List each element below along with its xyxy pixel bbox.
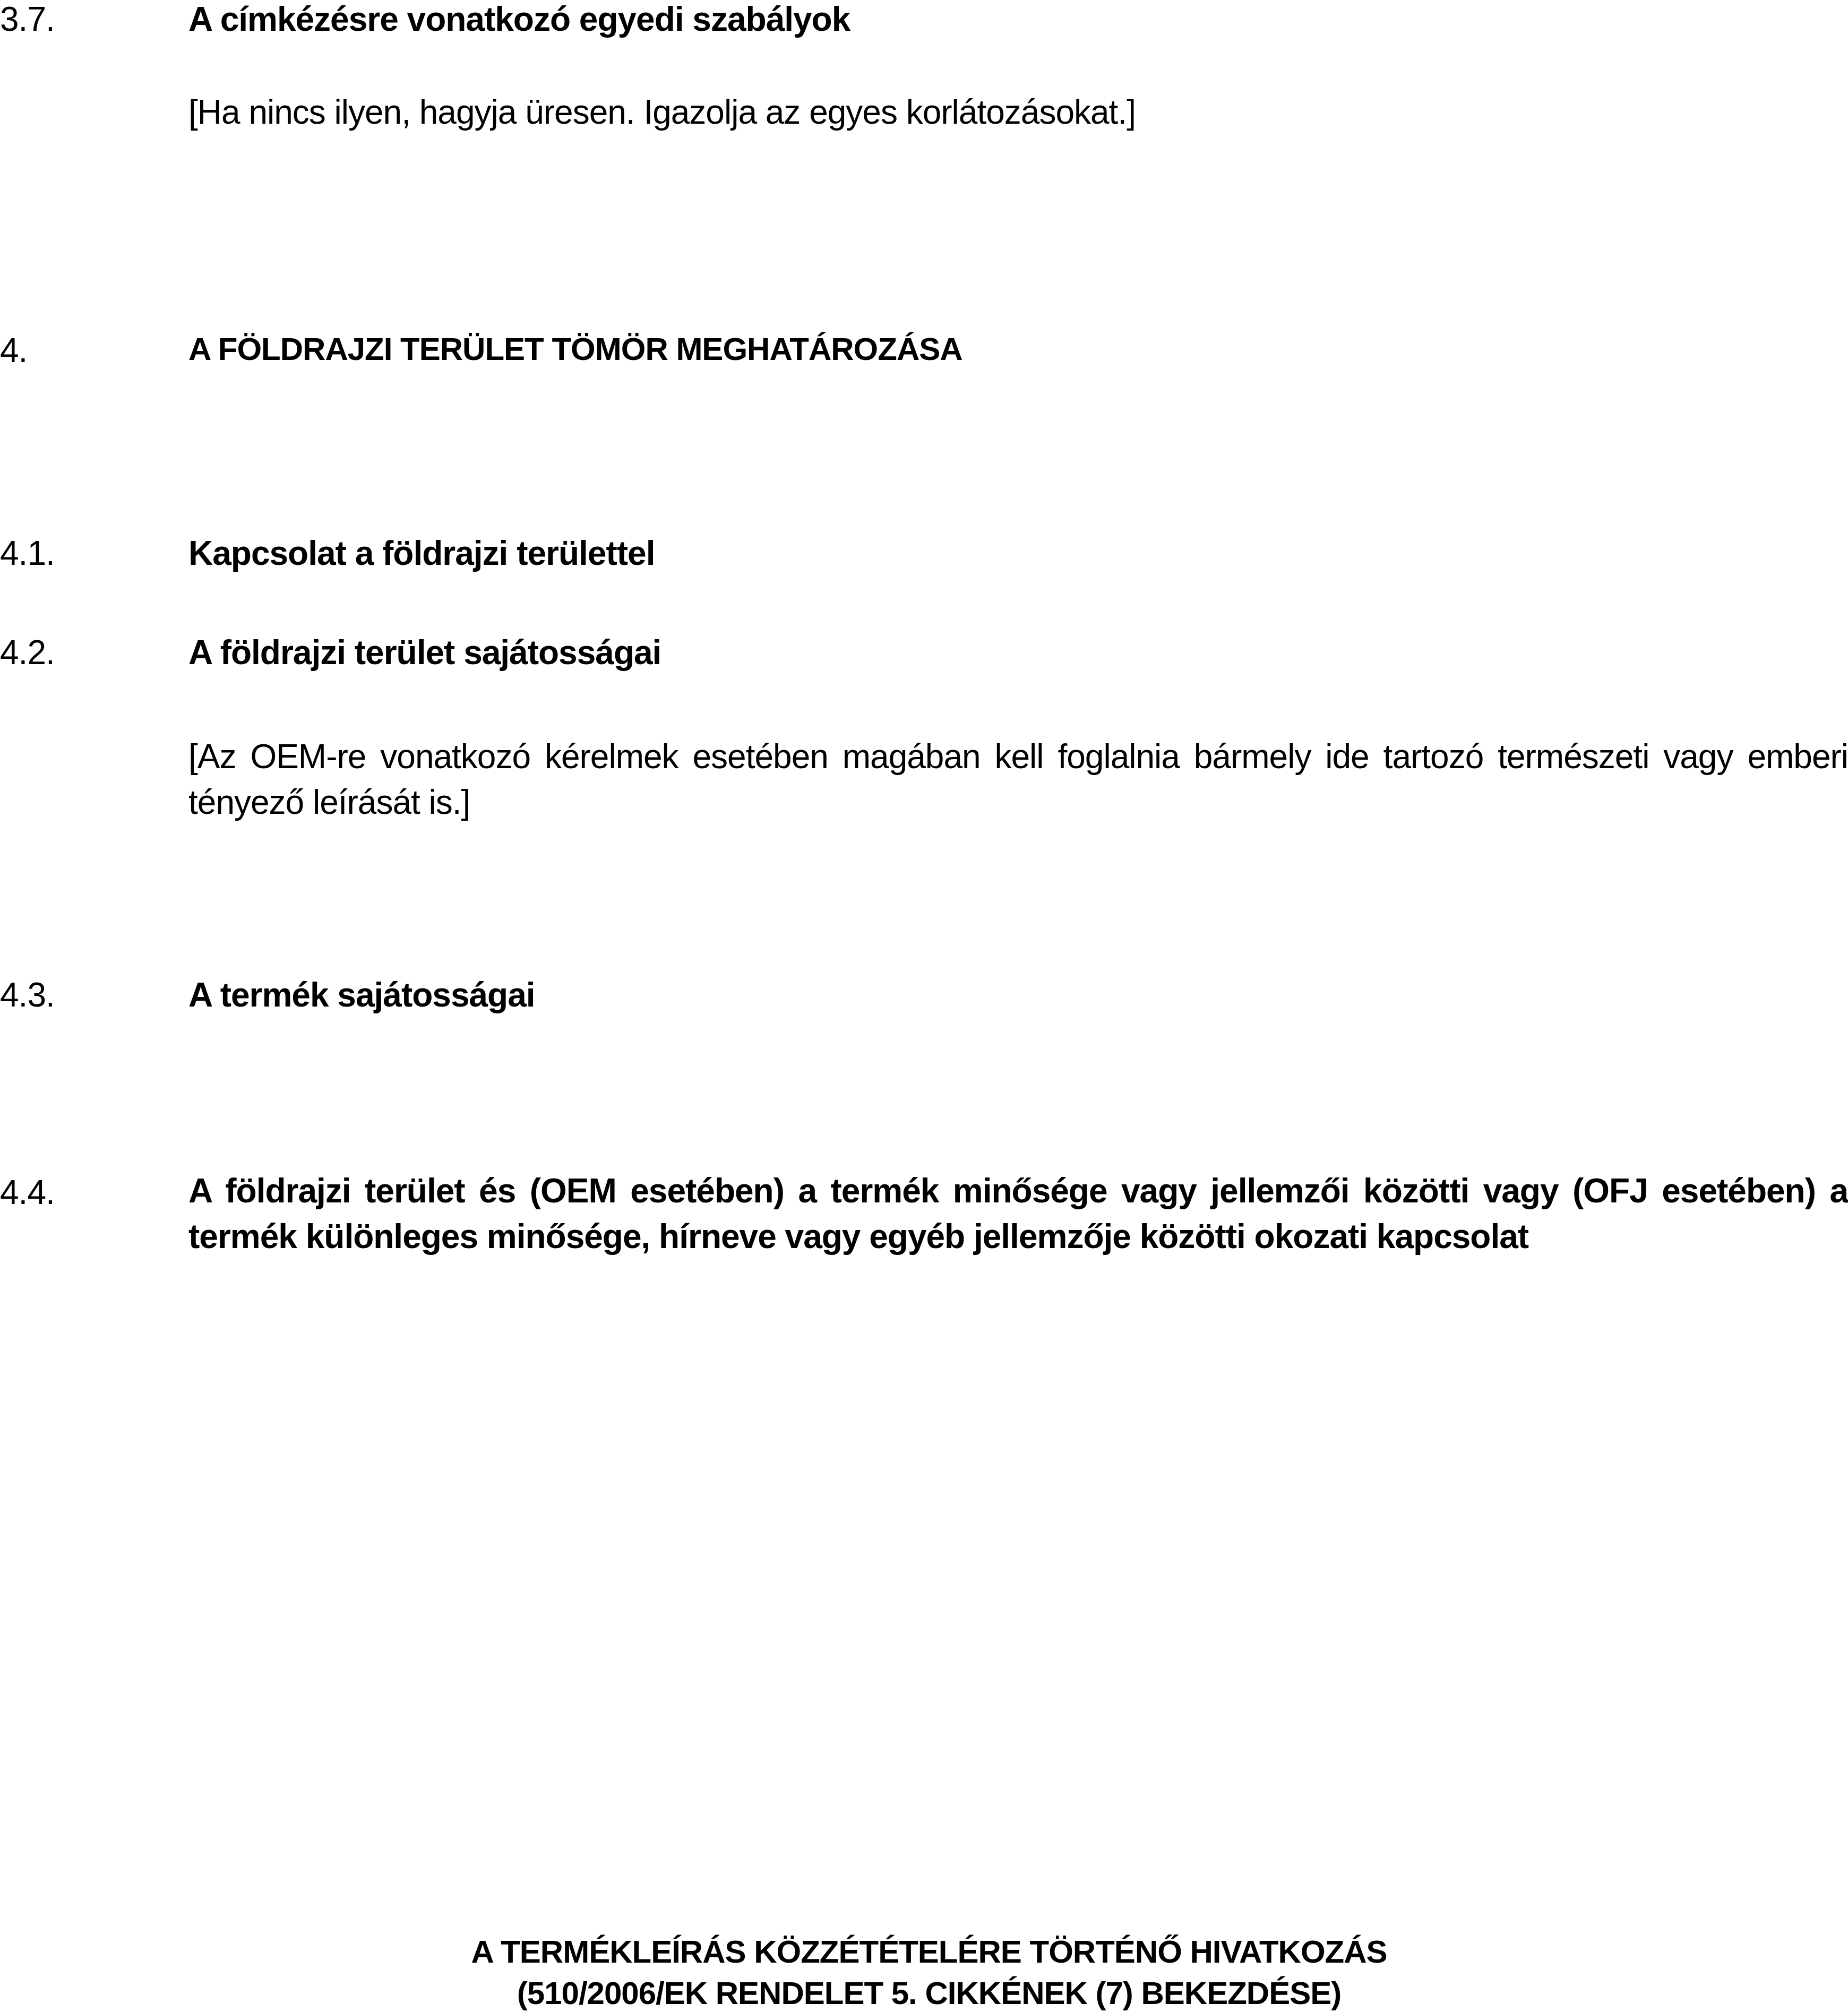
section-heading-4-2: A földrajzi terület sajátosságai	[188, 635, 661, 669]
section-number-4: 4.	[0, 333, 27, 367]
publication-reference-line-1: A TERMÉKLEÍRÁS KÖZZÉTÉTELÉRE TÖRTÉNŐ HIV…	[372, 1931, 1486, 1973]
section-note-4-2: [Az OEM-re vonatkozó kérelmek esetében m…	[188, 734, 1848, 825]
section-heading-3-7: A címkézésre vonatkozó egyedi szabályok	[188, 2, 850, 36]
section-number-4-2: 4.2.	[0, 635, 55, 669]
section-heading-4-4: A földrajzi terület és (OEM esetében) a …	[188, 1168, 1848, 1259]
section-number-4-1: 4.1.	[0, 536, 55, 570]
section-heading-4-3: A termék sajátosságai	[188, 978, 535, 1012]
section-note-3-7: [Ha nincs ilyen, hagyja üresen. Igazolja…	[188, 89, 1848, 135]
section-number-4-3: 4.3.	[0, 978, 55, 1012]
publication-reference-heading: A TERMÉKLEÍRÁS KÖZZÉTÉTELÉRE TÖRTÉNŐ HIV…	[372, 1931, 1486, 2012]
section-heading-4: A FÖLDRAJZI TERÜLET TÖMÖR MEGHATÁROZÁSA	[188, 333, 962, 365]
section-heading-4-1: Kapcsolat a földrajzi területtel	[188, 536, 655, 570]
publication-reference-line-2: (510/2006/EK RENDELET 5. CIKKÉNEK (7) BE…	[372, 1973, 1486, 2012]
section-number-3-7: 3.7.	[0, 2, 55, 36]
section-number-4-4: 4.4.	[0, 1175, 55, 1209]
